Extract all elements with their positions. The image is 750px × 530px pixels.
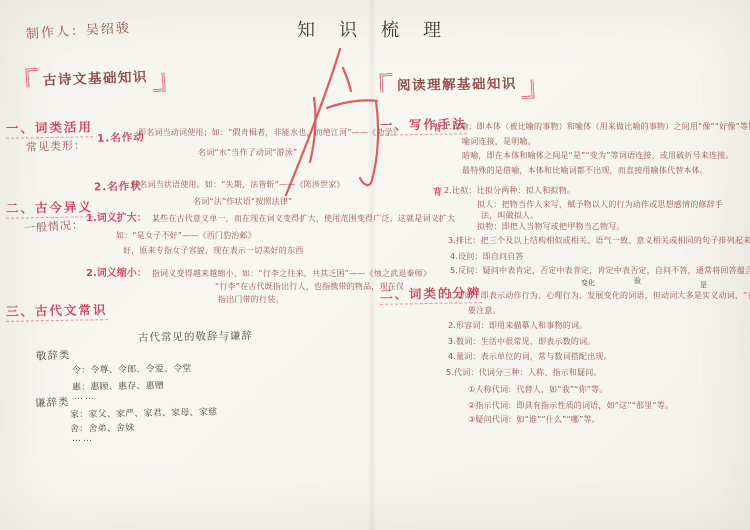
item-row-meaning-broadening: 1.词义扩大： 某些在古代意义单一，而在现在词义变得扩大，使用范围变得广泛，这就… (86, 206, 455, 226)
measure-word-line: 4.量词：表示单位的词，常与数词搭配出现。 (448, 352, 612, 362)
section-heading-ancient-modern-meaning: 二、古今异义 (6, 199, 93, 218)
title-bracket-right-icon (151, 72, 165, 92)
memorize-mark-1: 背 (433, 124, 442, 135)
honorifics-line-ling: 令：令尊、令郎、令爱、令堂 (72, 364, 192, 377)
metaphor-line2: 喻词连接，是明喻。 (462, 137, 536, 147)
side-label-common-forms: 常见类形： (26, 139, 86, 155)
personification-line3: 法，叫做拟人。 (481, 211, 538, 221)
note-meaning-narrowing-line2: 指出门带的行装。 (218, 295, 284, 305)
left-page-title-text: 古诗文基础知识 (43, 69, 149, 90)
item-label-meaning-narrowing: 2.词义缩小： (86, 268, 147, 279)
example-meaning-broadening: 如：“是女子不好”——《西门豹治邺》 (116, 231, 256, 241)
adjective-line: 2.形容词：即用来描摹人和事物的词。 (448, 321, 587, 331)
right-page-title: 阅读理解基础知识 (380, 75, 534, 97)
annotation-shi: 是 (700, 281, 707, 290)
title-bracket-left-icon (379, 73, 393, 93)
interrogative-pronoun-line: ③疑问代词：如“谁”“什么”“哪”等。 (468, 415, 600, 425)
metaphor-line4: 最特殊的是借喻，本体和比喻词都不出现，而直接用喻体代替本体。 (462, 166, 708, 176)
metaphor-line1: 1.比喻：即本体（被比喻的事物）和喻体（用来做比喻的事物）之间用“像”“好像”等… (444, 122, 750, 132)
section-heading-word-class-usage: 一、词类活用 (6, 119, 93, 138)
annotation-yan: 验 (634, 277, 641, 286)
notes-photo: 制作人：吴绍骏 古诗文基础知识 一、词类活用 常见类形： 1.名作动 即名词当动… (0, 0, 750, 530)
note-meaning-broadening: 好，原来专指女子容貌，现在表示一切美好的东西 (123, 246, 303, 256)
section-heading-ancient-culture-knowledge: 三、古代文常识 (6, 302, 108, 321)
title-bracket-right-icon (521, 79, 535, 99)
honorifics-table-title: 古代常见的敬辞与谦辞 (138, 330, 253, 345)
verb-line1: 1.动词：即表示动作行为、心理行为、发展变化的词语，但动词大多是实义动词，“有”… (448, 291, 750, 301)
parallelism-line: 3.排比：把三个及以上结构相似或相关、语气一致、意义相关或相同的句子排列起来。 (448, 236, 750, 246)
grade-mark-you-icon (283, 46, 395, 198)
page-title-knowledge-organization: 知识梳理 (297, 20, 465, 43)
item-label-meaning-broadening: 1.词义扩大： (86, 213, 147, 224)
note-meaning-narrowing-line1: “行李”在古代既指出行人，也指携带的物品，现在仅 (215, 282, 404, 292)
group-label-honorifics: 敬辞类 (36, 349, 71, 363)
item-text-meaning-broadening: 某些在古代意义单一，而在现在词义变得扩大，使用范围变得广泛，这就是词义扩大 (152, 214, 455, 223)
title-bracket-left-icon (25, 68, 39, 88)
rhetorical-reverse-question-line: 5.反问：疑问中表肯定，否定中表肯定，肯定中表否定，自问不答，通常将回答蕴含在问… (450, 266, 750, 276)
personification-line2: 拟人：把物当作人来写，赋予物以人的行为动作或思想感情的修辞手 (477, 200, 723, 210)
item-text-meaning-narrowing: 指词义变得越来越缩小，如：“行李之往来，共其乏困”——《烛之武退秦师》 (152, 269, 431, 278)
metaphor-line3: 暗喻，即在本体和喻体之间是“是”“变为”等词语连接，或用破折号来连接。 (462, 151, 734, 161)
side-label-general-cases: 一般情况： (24, 218, 85, 235)
left-page-title: 古诗文基础知识 (26, 68, 166, 92)
memorize-mark-2: 背 (433, 188, 442, 199)
numeral-line: 3.数词：生活中很常见，即表示数的词。 (448, 337, 595, 347)
item-row-meaning-narrowing: 2.词义缩小： 指词义变得越来越缩小，如：“行李之往来，共其乏困”——《烛之武退… (86, 261, 431, 281)
personification-line4: 拟物：即把人当物写或把甲物当乙物写。 (477, 222, 625, 232)
humble-line-jia: 家：家父、家严、家君、家母、家慈 (70, 408, 217, 422)
pronoun-line: 5.代词：代词分三种：人称、指示和疑问。 (446, 368, 602, 378)
right-page-title-text: 阅读理解基础知识 (397, 76, 517, 95)
humble-ellipsis: …… (72, 434, 94, 445)
author-line: 制作人：吴绍骏 (26, 21, 132, 44)
grade-mark-scrawl (283, 46, 395, 198)
honorifics-ellipsis: …… (74, 392, 96, 403)
verb-line2: 要注意。 (468, 306, 501, 316)
annotation-bianhua: 变化 (581, 279, 595, 288)
demonstrative-pronoun-line: ②指示代词：即具有指示性质的词语，如“这”“那里”等。 (468, 401, 673, 411)
group-label-humble-terms: 谦辞类 (35, 396, 70, 410)
personification-line1: 2.比拟：比拟分两种：拟人和拟物。 (444, 186, 575, 196)
rhetorical-question-line: 4.设问：即自问自答 (450, 252, 524, 262)
personal-pronoun-line: ①人称代词：代替人，如“我”“你”等。 (468, 385, 608, 395)
